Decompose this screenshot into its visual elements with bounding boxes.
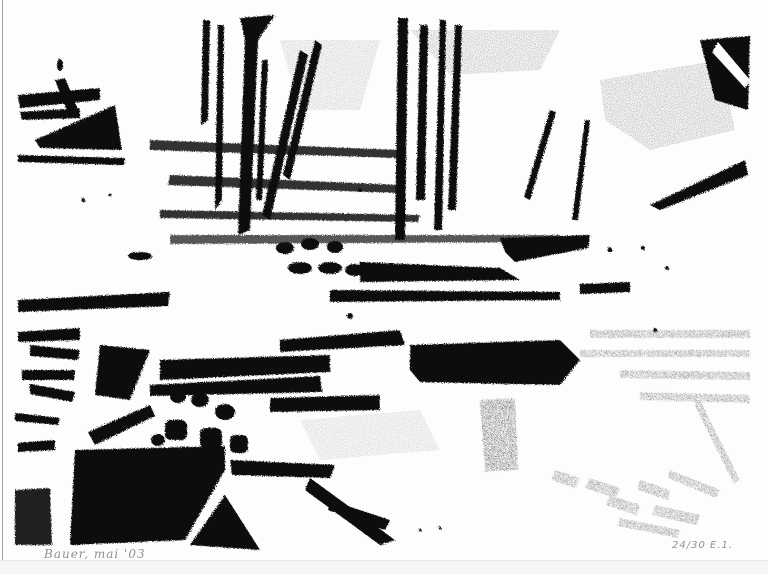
ink-composition xyxy=(0,0,768,574)
stepping-stones xyxy=(151,389,248,453)
artist-signature: Bauer, mai '03 xyxy=(44,547,146,561)
paper-sheet: Bauer, mai '03 24/30 E.1. xyxy=(0,0,768,574)
edition-number: 24/30 E.1. xyxy=(672,540,733,551)
dot-row-upper xyxy=(128,238,365,276)
right-dashed-lines xyxy=(552,330,750,538)
